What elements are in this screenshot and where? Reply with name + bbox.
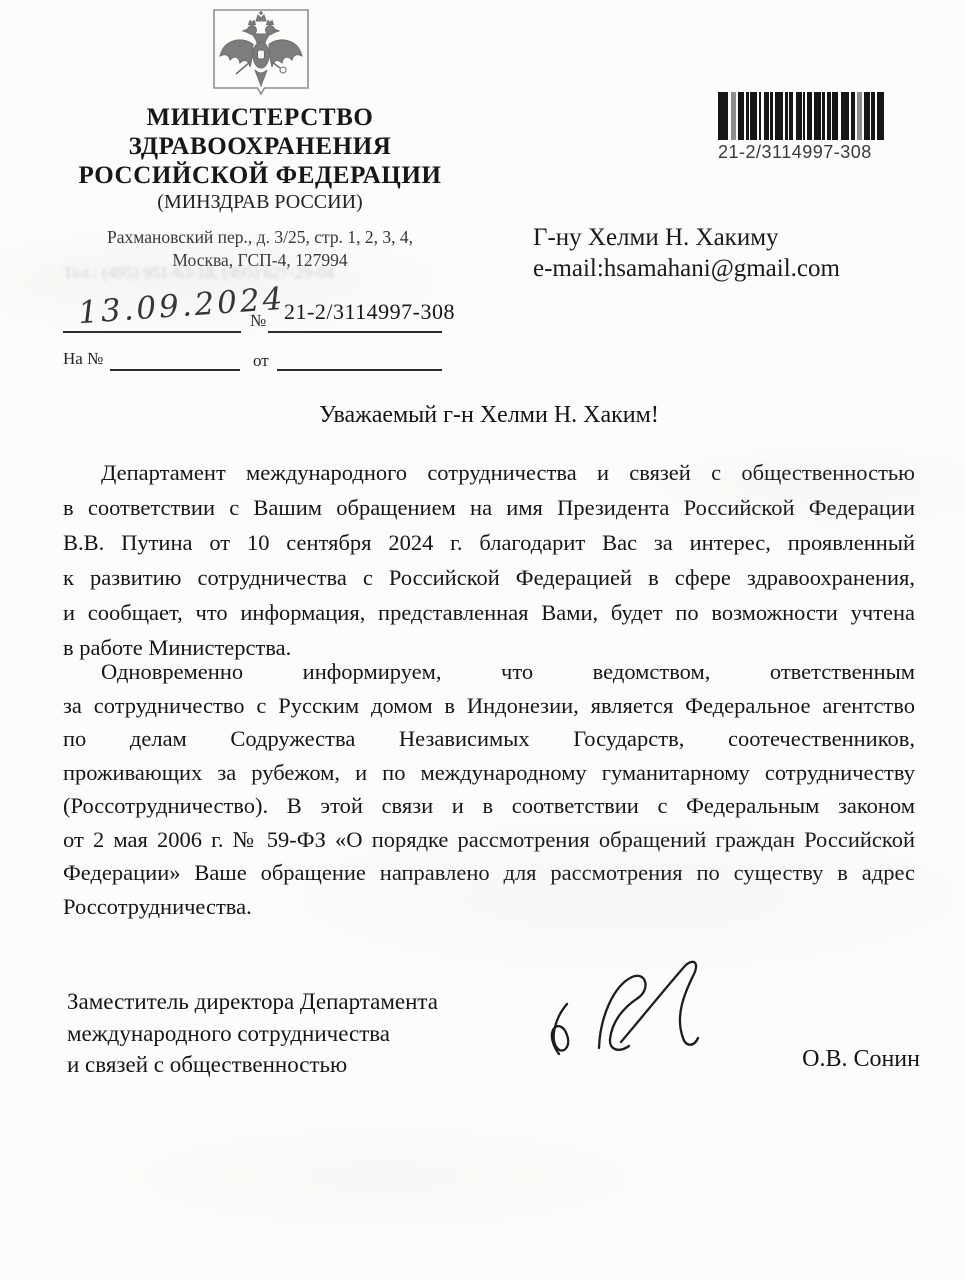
body-line: Департамент международного сотрудничеств… [63,458,915,493]
barcode-bar [718,92,728,140]
body-line: Федерации» Ваше обращение направлено для… [63,858,915,892]
recipient-block: Г-ну Хелми Н. Хакиму e-mail:hsamahani@gm… [533,222,840,284]
signer-position-line3: и связей с общественностью [67,1049,438,1081]
barcode-bar [877,92,884,140]
body-line: проживающих за рубежом, и по международн… [63,758,915,792]
on-number-label: На № [63,349,103,369]
body-line: от 2 мая 2006 г. № 59-ФЗ «О порядке расс… [63,825,915,859]
ministry-name-line2: ЗДРАВООХРАНЕНИЯ [38,133,482,161]
number-underline [268,331,442,333]
number-label: № [250,311,266,331]
body-line: (Россотрудничество). В этой связи и в со… [63,791,915,825]
ministry-name-line1: МИНИСТЕРСТВО [38,104,482,132]
recipient-name: Г-ну Хелми Н. Хакиму [533,222,840,253]
outgoing-number: 21-2/3114997-308 [284,299,455,325]
body-line: и сообщает, что информация, представленн… [63,598,915,633]
from-label: от [253,351,269,371]
ministry-short-name: (МИНЗДРАВ РОССИИ) [38,191,482,214]
letter-page: МИНИСТЕРСТВО ЗДРАВООХРАНЕНИЯ РОССИЙСКОЙ … [0,0,965,1280]
paragraph-1: Департамент международного сотрудничеств… [63,458,915,668]
body-line: Россотрудничества. [63,892,915,926]
paragraph-2: Одновременно информируем, что ведомством… [63,657,915,925]
recipient-email: e-mail:hsamahani@gmail.com [533,253,840,284]
faded-contact-line: Тел.: (495) 951-63-18, (495) 627-29-04 [63,263,483,283]
barcode-bar [814,92,821,140]
barcode-bar [775,92,783,140]
signer-position-line2: международного сотрудничества [67,1018,438,1050]
signer-position-block: Заместитель директора Департамента между… [67,986,438,1081]
on-number-underline [110,369,240,371]
barcode [718,92,884,140]
ministry-address-line1: Рахмановский пер., д. 3/25, стр. 1, 2, 3… [38,227,482,248]
body-line: к развитию сотрудничества с Российской Ф… [63,563,915,598]
barcode-bar [841,92,849,140]
body-line: в соответствии с Вашим обращением на имя… [63,493,915,528]
barcode-bar [750,92,757,140]
body-line: по делам Содружества Независимых Государ… [63,724,915,758]
ministry-name-line3: РОССИЙСКОЙ ФЕДЕРАЦИИ [38,162,482,190]
handwritten-signature [533,946,731,1066]
barcode-number: 21-2/3114997-308 [718,142,872,163]
salutation: Уважаемый г-н Хелми Н. Хаким! [63,402,915,429]
body-line: за сотрудничество с Русским домом в Индо… [63,691,915,725]
coat-of-arms-icon [212,8,310,100]
body-line: В.В. Путина от 10 сентября 2024 г. благо… [63,528,915,563]
date-underline [63,331,241,333]
body-line: Одновременно информируем, что ведомством… [63,657,915,691]
signer-name: О.В. Сонин [740,1046,920,1073]
from-underline [277,369,442,371]
signer-position-line1: Заместитель директора Департамента [67,986,438,1018]
